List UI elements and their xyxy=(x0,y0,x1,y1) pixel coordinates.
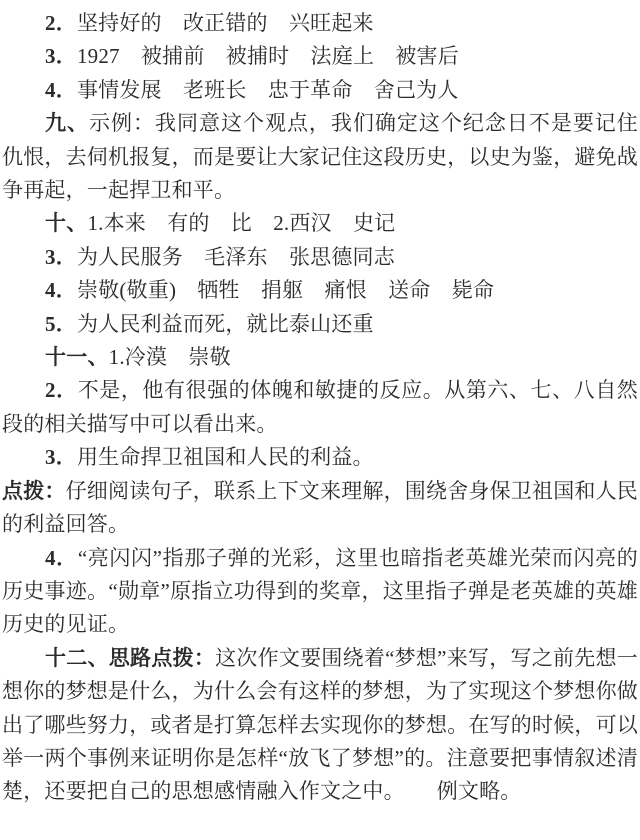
paragraph-prefix: 3． xyxy=(45,245,77,269)
paragraph-text: 坚持好的 改正错的 兴旺起来 xyxy=(77,11,374,35)
paragraph-prefix: 3． xyxy=(45,445,77,469)
paragraph: 4．崇敬(敬重) 牺牲 捐躯 痛恨 送命 毙命 xyxy=(2,274,638,307)
paragraph-prefix: 2． xyxy=(45,378,78,402)
paragraph-text: 1.冷漠 崇敬 xyxy=(109,345,231,369)
paragraph-prefix: 2． xyxy=(45,11,77,35)
paragraph: 十二、思路点拨：这次作文要围绕着“梦想”来写，写之前先想一想你的梦想是什么，为什… xyxy=(2,642,638,809)
paragraph-text: 1927 被捕前 被捕时 法庭上 被害后 xyxy=(77,44,459,68)
paragraph-prefix: 4． xyxy=(45,546,78,570)
paragraph-prefix: 5． xyxy=(45,312,77,336)
paragraph: 十一、1.冷漠 崇敬 xyxy=(2,341,638,374)
paragraph-text: 用生命捍卫祖国和人民的利益。 xyxy=(77,445,374,469)
paragraph-text: “亮闪闪”指那子弹的光彩，这里也暗指老英雄光荣而闪亮的历史事迹。“勋章”原指立功… xyxy=(2,546,638,637)
paragraph-prefix: 十二、思路点拨： xyxy=(45,646,215,670)
document-page: 2．坚持好的 改正错的 兴旺起来 3．1927 被捕前 被捕时 法庭上 被害后 … xyxy=(0,0,640,840)
paragraph: 3．为人民服务 毛泽东 张思德同志 xyxy=(2,241,638,274)
paragraph-text: 事情发展 老班长 忠于革命 舍己为人 xyxy=(77,78,459,102)
paragraph: 5．为人民利益而死，就比泰山还重 xyxy=(2,308,638,341)
paragraph-prefix: 3． xyxy=(45,44,77,68)
paragraph-prefix: 九、 xyxy=(45,111,89,135)
paragraph: 3．1927 被捕前 被捕时 法庭上 被害后 xyxy=(2,40,638,73)
paragraph-prefix: 十、 xyxy=(45,211,87,235)
paragraph-prefix: 4． xyxy=(45,278,77,302)
paragraph-text: 为人民利益而死，就比泰山还重 xyxy=(77,312,374,336)
paragraph: 十、1.本来 有的 比 2.西汉 史记 xyxy=(2,207,638,240)
paragraph-text: 崇敬(敬重) 牺牲 捐躯 痛恨 送命 毙命 xyxy=(77,278,494,302)
paragraph-text: 仔细阅读句子，联系上下文来理解，围绕舍身保卫祖国和人民的利益回答。 xyxy=(2,479,638,536)
paragraph: 点拨：仔细阅读句子，联系上下文来理解，围绕舍身保卫祖国和人民的利益回答。 xyxy=(2,475,638,542)
paragraph-text: 1.本来 有的 比 2.西汉 史记 xyxy=(87,211,395,235)
paragraph: 2．不是，他有很强的体魄和敏捷的反应。从第六、七、八自然段的相关描写中可以看出来… xyxy=(2,374,638,441)
paragraph-text: 不是，他有很强的体魄和敏捷的反应。从第六、七、八自然段的相关描写中可以看出来。 xyxy=(2,378,638,435)
paragraph: 4．“亮闪闪”指那子弹的光彩，这里也暗指老英雄光荣而闪亮的历史事迹。“勋章”原指… xyxy=(2,542,638,642)
paragraph-prefix: 点拨： xyxy=(2,479,66,503)
paragraph-prefix: 十一、 xyxy=(45,345,109,369)
paragraph-prefix: 4． xyxy=(45,78,77,102)
paragraph: 九、示例：我同意这个观点，我们确定这个纪念日不是要记住仇恨，去伺机报复，而是要让… xyxy=(2,107,638,207)
document-content: 2．坚持好的 改正错的 兴旺起来 3．1927 被捕前 被捕时 法庭上 被害后 … xyxy=(2,7,638,809)
paragraph-text: 示例：我同意这个观点，我们确定这个纪念日不是要记住仇恨，去伺机报复，而是要让大家… xyxy=(2,111,638,202)
paragraph: 2．坚持好的 改正错的 兴旺起来 xyxy=(2,7,638,40)
paragraph-text: 为人民服务 毛泽东 张思德同志 xyxy=(77,245,395,269)
paragraph: 4．事情发展 老班长 忠于革命 舍己为人 xyxy=(2,74,638,107)
paragraph: 3．用生命捍卫祖国和人民的利益。 xyxy=(2,441,638,474)
